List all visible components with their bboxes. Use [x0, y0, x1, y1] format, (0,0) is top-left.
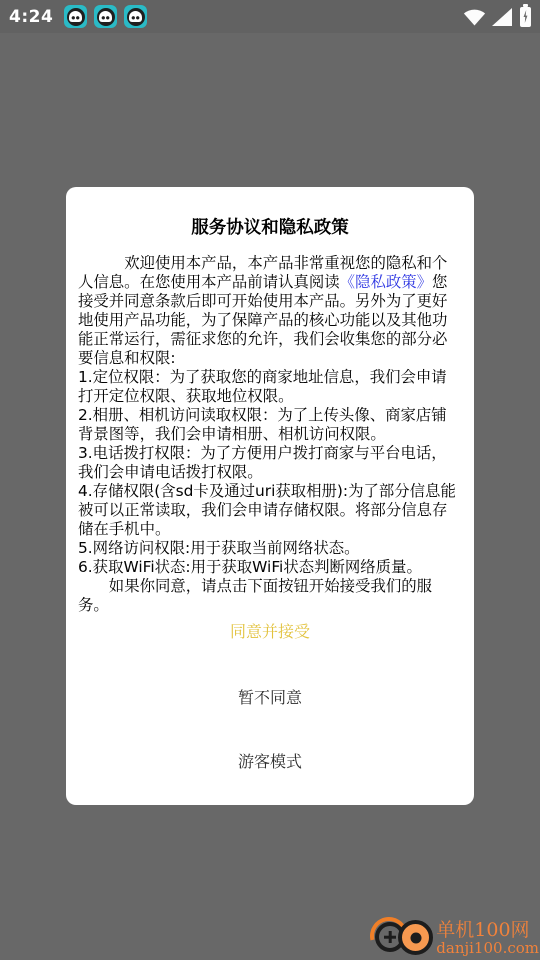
status-bar[interactable]: 4:24: [0, 0, 540, 33]
robot-head-icon: [129, 11, 142, 23]
dialog-title: 服务协议和隐私政策: [66, 214, 474, 239]
robot-head-icon: [99, 11, 112, 23]
permission-item-storage: 4.存储权限(含sd卡及通过uri获取相册):为了部分信息能被可以正常读取，我们…: [78, 482, 462, 539]
watermark-site-name: 单机100网: [436, 920, 539, 940]
site-watermark: 单机100网 danji100.com: [373, 918, 539, 958]
logo-donut-icon: [398, 920, 433, 955]
notification-icons: [64, 5, 147, 28]
status-bar-right: [463, 7, 531, 27]
charging-bolt-icon: [522, 10, 529, 24]
disagree-button[interactable]: 暂不同意: [66, 685, 474, 708]
android-robot-notification-icon: [64, 5, 87, 28]
battery-charging-icon: [520, 7, 531, 27]
phone-screen: 4:24: [0, 0, 540, 960]
cellular-signal-icon: [492, 8, 512, 26]
privacy-policy-link[interactable]: 《隐私政策》: [340, 273, 432, 291]
permission-item-network: 5.网络访问权限:用于获取当前网络状态。: [78, 539, 462, 558]
footer-note: 如果你同意，请点击下面按钮开始接受我们的服务。: [78, 577, 462, 615]
wifi-icon: [463, 8, 486, 26]
watermark-text: 单机100网 danji100.com: [436, 920, 539, 956]
permission-item-wifi: 6.获取WiFi状态:用于获取WiFi状态判断网络质量。: [78, 558, 462, 577]
danji100-logo-icon: [373, 918, 433, 958]
android-robot-notification-icon: [94, 5, 117, 28]
guest-mode-button[interactable]: 游客模式: [66, 749, 474, 772]
clock: 4:24: [9, 7, 53, 27]
agree-accept-button[interactable]: 同意并接受: [66, 619, 474, 642]
privacy-policy-dialog: 服务协议和隐私政策 欢迎使用本产品，本产品非常重视您的隐私和个人信息。在您使用本…: [66, 187, 474, 805]
robot-head-icon: [69, 11, 82, 23]
android-robot-notification-icon: [124, 5, 147, 28]
battery-nub: [523, 4, 528, 7]
permission-item-location: 1.定位权限：为了获取您的商家地址信息，我们会申请打开定位权限、获取地位权限。: [78, 368, 462, 406]
logo-center-dot: [410, 932, 421, 943]
logo-plus-icon: [389, 931, 392, 943]
intro-paragraph: 欢迎使用本产品，本产品非常重视您的隐私和个人信息。在您使用本产品前请认真阅读《隐…: [78, 254, 462, 368]
watermark-site-url: danji100.com: [436, 940, 539, 956]
permission-item-phone: 3.电话拨打权限：为了方便用户拨打商家与平台电话，我们会申请电话拨打权限。: [78, 444, 462, 482]
permission-item-camera: 2.相册、相机访问读取权限：为了上传头像、商家店铺背景图等，我们会申请相册、相机…: [78, 406, 462, 444]
dialog-body: 欢迎使用本产品，本产品非常重视您的隐私和个人信息。在您使用本产品前请认真阅读《隐…: [78, 254, 462, 615]
